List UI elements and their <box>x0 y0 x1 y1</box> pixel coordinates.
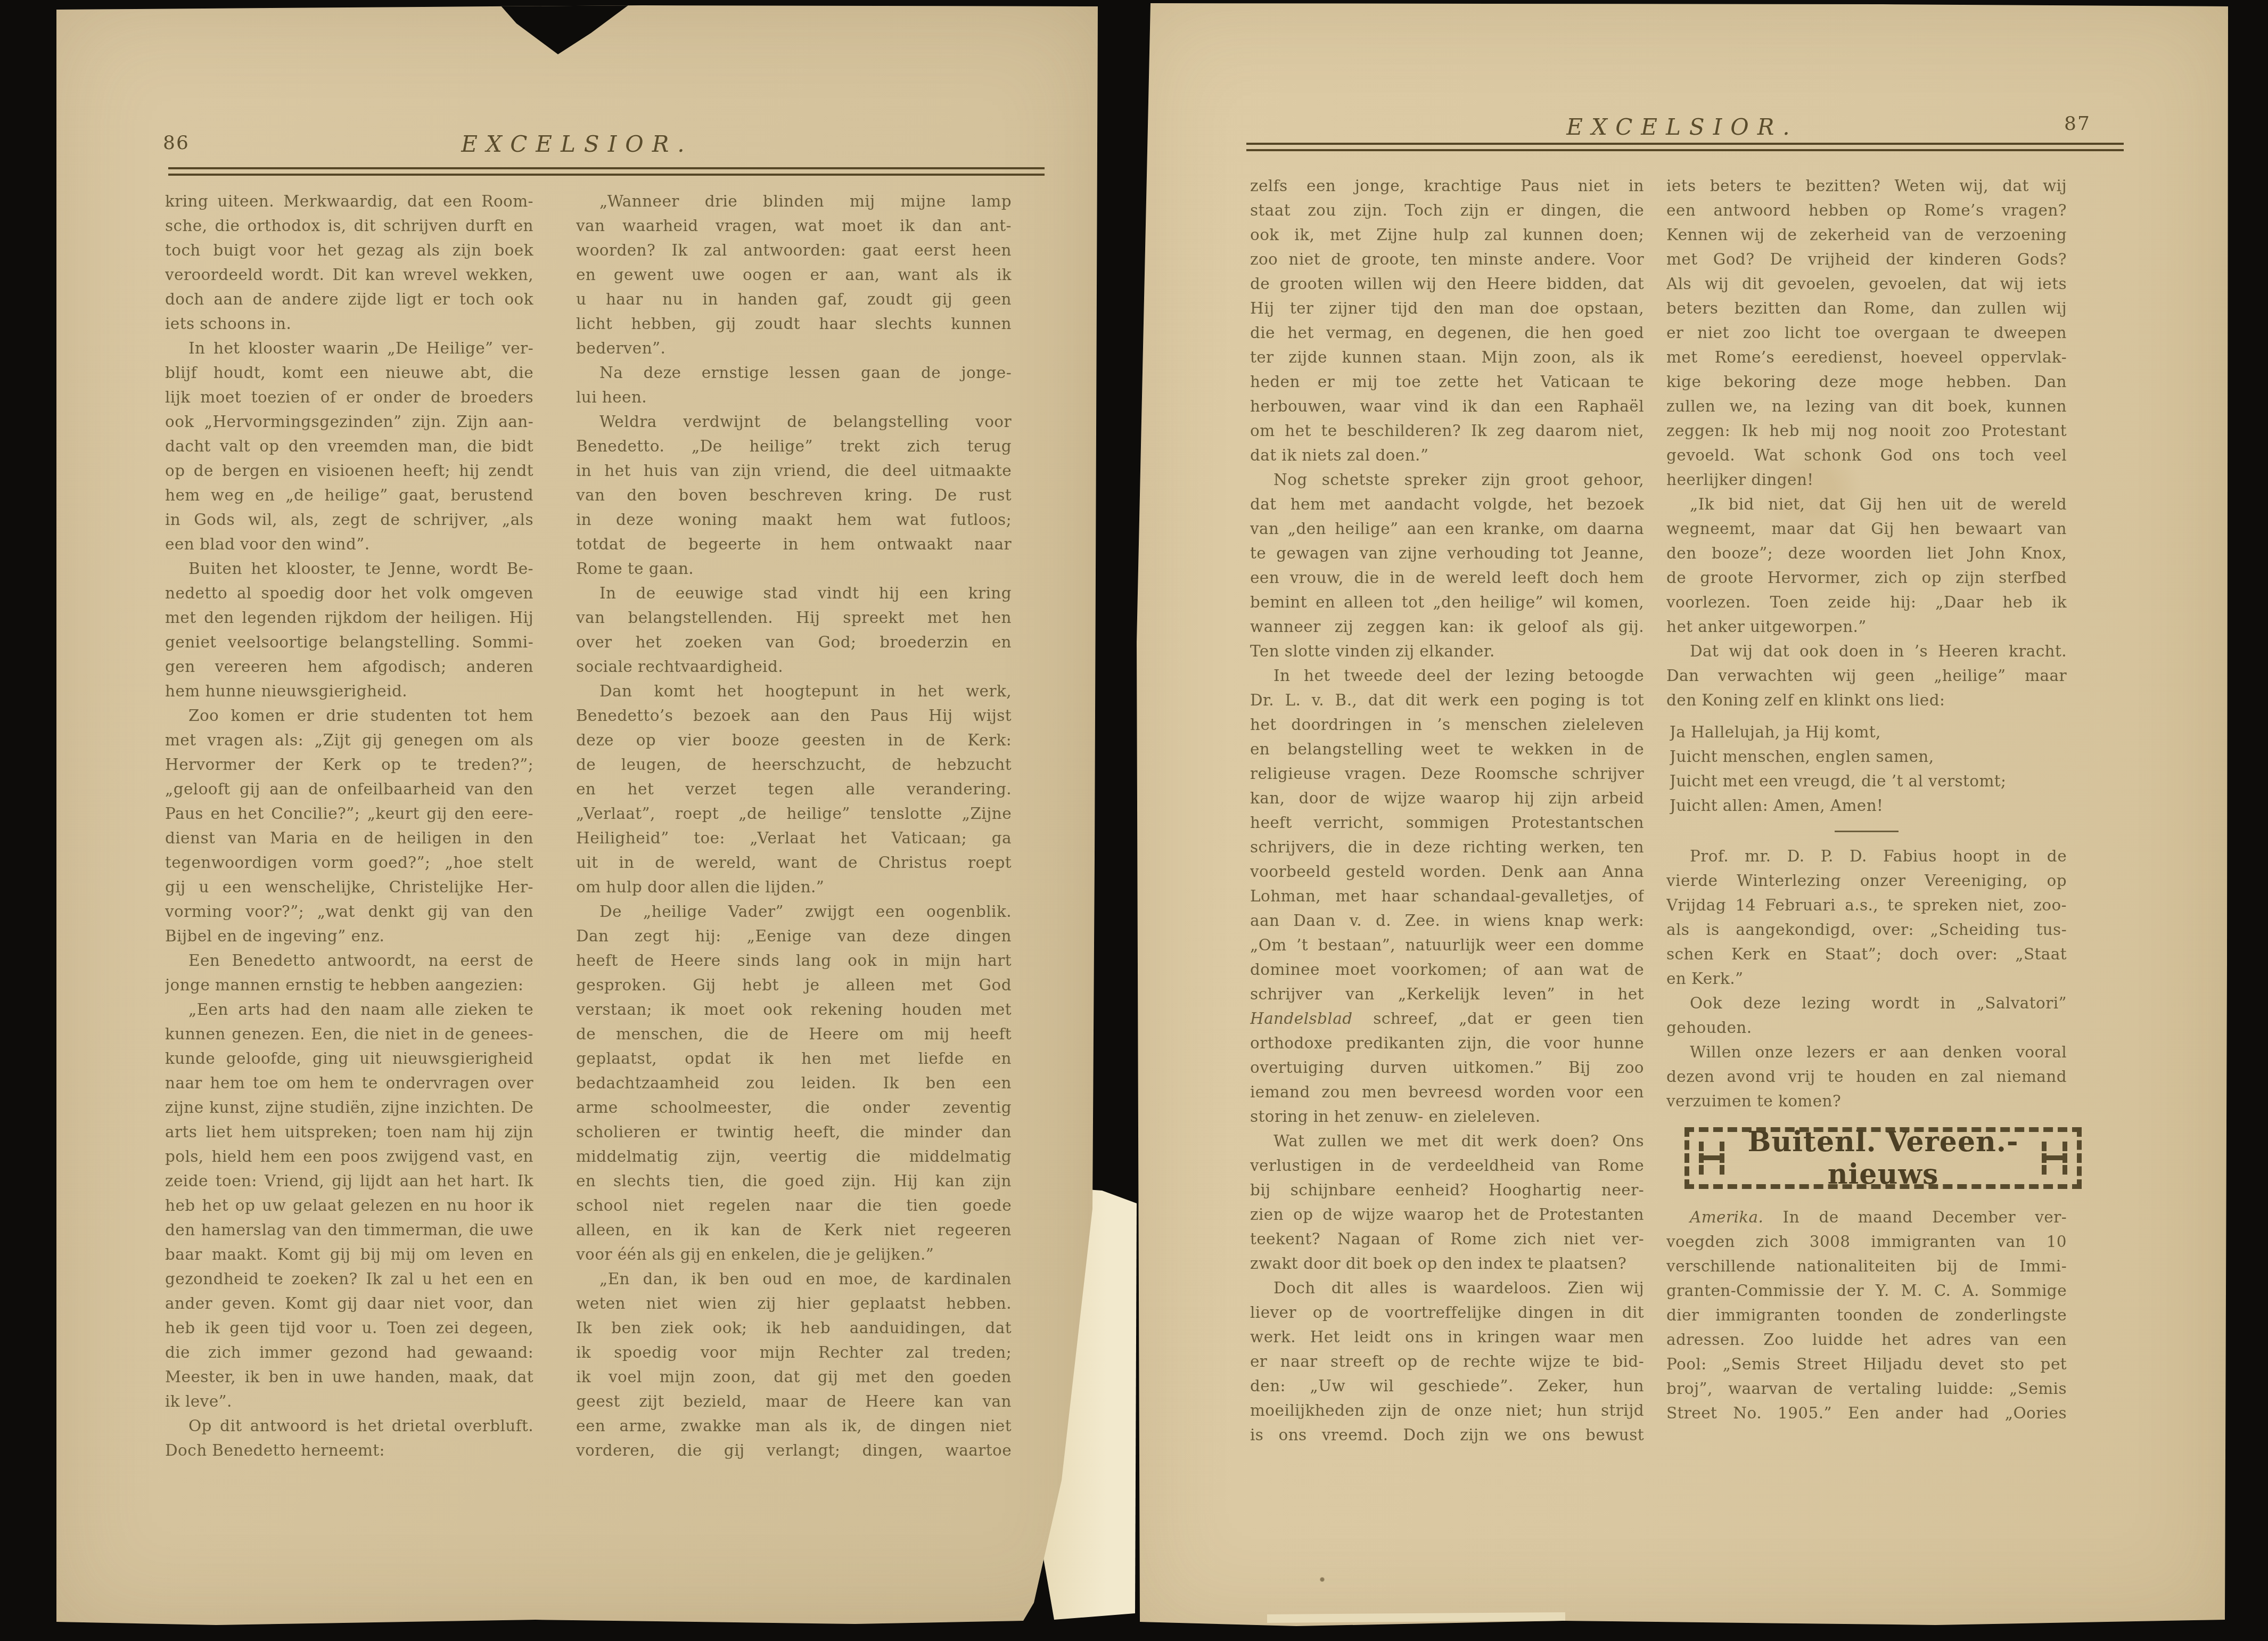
text-line: gij u een wenschelijke, Christelijke Her… <box>165 875 533 899</box>
text-line: gesproken. Gij hebt je alleen met God <box>576 973 1012 997</box>
text-line: Bijbel en de ingeving” enz. <box>165 924 533 948</box>
text-line: ik spoedig voor mijn Rechter zal treden; <box>576 1340 1012 1365</box>
text-line: om het te beschilderen? Ik zeg daarom ni… <box>1250 419 1644 443</box>
paragraph: In het tweede deel der lezing betoogdeDr… <box>1250 663 1644 1129</box>
text-line: geest zijt bezield, maar de Heere kan va… <box>576 1389 1012 1414</box>
journal-title-left: EXCELSIOR. <box>56 131 1098 157</box>
text-line: wanneer zij zeggen kan: ik geloof als gi… <box>1250 614 1644 639</box>
text-line: gehouden. <box>1666 1015 2067 1040</box>
text-line: schrijvers, die in deze richting werken,… <box>1250 835 1644 859</box>
text-line: bemint en alleen tot „den heilige” wil k… <box>1250 590 1644 614</box>
text-line: Hij ter zijner tijd den man doe opstaan, <box>1250 296 1644 321</box>
text-line: verlustigen in de verdeeldheid van Rome <box>1250 1153 1644 1178</box>
text-line: een blad voor den wind”. <box>165 532 533 556</box>
paragraph: Na deze ernstige lessen gaan de jonge-lu… <box>576 360 1012 409</box>
text-line: Heiligheid” toe: „Verlaat het Vaticaan; … <box>576 826 1012 850</box>
text-line: een vrouw, die in de wereld leeft doch h… <box>1250 565 1644 590</box>
text-line: tegenwoordigen vorm goed?”; „hoe stelt <box>165 850 533 875</box>
text-line: nedetto al spoedig door het volk omgeven <box>165 581 533 605</box>
text-line: hem hunne nieuwsgierigheid. <box>165 679 533 703</box>
text-line: Wat zullen we met dit werk doen? Ons <box>1250 1129 1644 1153</box>
text-line: het anker uitgeworpen.” <box>1666 614 2067 639</box>
text-line: met den legenden rijkdom der heiligen. H… <box>165 605 533 630</box>
text-line: pols, hield hem een poos zwijgend vast, … <box>165 1144 533 1169</box>
text-line: op de bergen en visioenen heeft; hij zen… <box>165 458 533 483</box>
page-right: EXCELSIOR. 87 zelfs een jonge, krachtige… <box>1137 3 2228 1628</box>
text-line: broj”, waarvan de vertaling luidde: „Sem… <box>1666 1376 2067 1401</box>
text-line: te gewagen van zijne verhouding tot Jean… <box>1250 541 1644 565</box>
text-line: arme schoolmeester, die onder zeventig <box>576 1095 1012 1120</box>
text-line: zoo niet de groote, ten minste andere. V… <box>1250 247 1644 272</box>
text-line: en belangstelling weet te wekken in de <box>1250 737 1644 761</box>
text-line: licht hebben, gij zoudt haar slechts kun… <box>576 311 1012 336</box>
text-line: er naar streeft op de rechte wijze te bi… <box>1250 1349 1644 1374</box>
paragraph: Dan komt het hoogtepunt in het werk,Bene… <box>576 679 1012 899</box>
text-line: Hervormer der Kerk op te treden?”; <box>165 752 533 777</box>
text-line: beters bezitten dan Rome, dan zullen wij <box>1666 296 2067 321</box>
text-line: u haar nu in handen gaf, zoudt gij geen <box>576 287 1012 311</box>
text-line: die het vermag, en degenen, die hen goed <box>1250 321 1644 345</box>
text-line: heeft verricht, sommigen Protestantschen <box>1250 810 1644 835</box>
text-line: kunde geloofde, ging uit nieuwsgierighei… <box>165 1046 533 1071</box>
paragraph: „Wanneer drie blinden mij mijne lampvan … <box>576 189 1012 360</box>
text-line: zien op de wijze waarop het de Protestan… <box>1250 1202 1644 1227</box>
text-line: blijf houdt, komt een nieuwe abt, die st… <box>165 360 533 385</box>
text-line: Nog schetste spreker zijn groot gehoor, <box>1250 467 1644 492</box>
text-line: „Ik bid niet, dat Gij hen uit de wereld <box>1666 492 2067 516</box>
text-line: den: „Uw wil geschiede”. Zeker, hun <box>1250 1374 1644 1398</box>
text-line: kunnen genezen. Een, die niet in de gene… <box>165 1022 533 1046</box>
text-line: gevoeld. Wat schonk God ons toch veel <box>1666 443 2067 467</box>
paragraph: kring uiteen. Merkwaardig, dat een Room-… <box>165 189 533 336</box>
page-tear-notch <box>500 5 628 54</box>
text-line: storing in het zenuw- en zieleleven. <box>1250 1104 1644 1129</box>
text-line: Juicht met een vreugd, die ’t al verstom… <box>1670 769 2067 793</box>
column-right-2: iets beters te bezitten? Weten wij, dat … <box>1666 174 2067 1425</box>
paragraph: Een Benedetto antwoordt, na eerst dejong… <box>165 948 533 997</box>
text-line: Doch Benedetto herneemt: <box>165 1438 533 1463</box>
text-line: geplaatst, opdat ik hen met liefde en <box>576 1046 1012 1071</box>
paragraph: „En dan, ik ben oud en moe, de kardinale… <box>576 1267 1012 1463</box>
text-line: in Gods wil, als, zegt de schrijver, „al… <box>165 507 533 532</box>
text-line: arts liet hem uitspreken; toen nam hij z… <box>165 1120 533 1144</box>
text-line: met Rome’s eeredienst, hoeveel oppervlak… <box>1666 345 2067 370</box>
text-line: heden er mij toe zette het Vaticaan te <box>1250 370 1644 394</box>
paragraph: zelfs een jonge, krachtige Paus niet ins… <box>1250 174 1644 467</box>
text-line: den hamerslag van den timmerman, die uwe <box>165 1218 533 1242</box>
text-line: „Verlaat”, roept „de heilige” tenslotte … <box>576 801 1012 826</box>
text-line: baar maakt. Komt gij bij mij om leven en <box>165 1242 533 1267</box>
text-line: dezen avond vrij te houden en zal nieman… <box>1666 1064 2067 1089</box>
text-line: voorlezen. Toen zeide hij: „Daar heb ik <box>1666 590 2067 614</box>
text-line: het doordringen in ’s menschen zieleleve… <box>1250 712 1644 737</box>
text-line: van „den heilige” aan een kranke, om daa… <box>1250 516 1644 541</box>
text-line: Ik ben ziek ook; ik heb aanduidingen, da… <box>576 1316 1012 1340</box>
text-line: Vrijdag 14 Februari a.s., te spreken nie… <box>1666 893 2067 917</box>
paragraph: Op dit antwoord is het drietal overbluft… <box>165 1414 533 1463</box>
paragraph: In het klooster waarin „De Heilige” ver-… <box>165 336 533 556</box>
text-line: de grooten willen wij den Heere bidden, … <box>1250 272 1644 296</box>
text-line: verschillende nationaliteiten bij de Imm… <box>1666 1254 2067 1278</box>
text-line: Dr. L. v. B., dat dit werk een poging is… <box>1250 688 1644 712</box>
text-line: moeilijkheden zijn de onze niet; hun str… <box>1250 1398 1644 1423</box>
text-line: dienst van Maria en de heiligen in den <box>165 826 533 850</box>
page-left: 86 EXCELSIOR. kring uiteen. Merkwaardig,… <box>56 5 1098 1627</box>
text-line: en gewent uwe oogen er aan, want als ik <box>576 262 1012 287</box>
text-line: Ja Hallelujah, ja Hij komt, <box>1670 720 2067 744</box>
text-line: In het klooster waarin „De Heilige” ver- <box>165 336 533 360</box>
text-line: Juicht allen: Amen, Amen! <box>1670 793 2067 818</box>
text-line: den booze”; deze woorden liet John Knox, <box>1666 541 2067 565</box>
text-line: lijk moet toezien of er onder de broeder… <box>165 385 533 409</box>
text-line: Dan verwachten wij geen „heilige” maar <box>1666 663 2067 688</box>
text-line: zelfs een jonge, krachtige Paus niet in <box>1250 174 1644 198</box>
text-line: iets schoons in. <box>165 311 533 336</box>
text-line: voegden zich 3008 immigranten van 10 <box>1666 1229 2067 1254</box>
text-line: bedachtzaamheid zou leiden. Ik ben een <box>576 1071 1012 1095</box>
paragraph: Weldra verdwijnt de belangstelling voorB… <box>576 409 1012 581</box>
text-line: om hulp door allen die lijden.” <box>576 875 1012 899</box>
text-line: uit in de wereld, want de Christus roept <box>576 850 1012 875</box>
text-line: Doch dit alles is waardeloos. Zien wij <box>1250 1276 1644 1300</box>
text-line: heb ik geen tijd voor u. Toen zei degeen… <box>165 1316 533 1340</box>
text-line: hem weg en „de heilige” gaat, berustend <box>165 483 533 507</box>
text-line: granten-Commissie der Y. M. C. A. Sommig… <box>1666 1278 2067 1303</box>
paragraph: Willen onze lezers er aan denken voorald… <box>1666 1040 2067 1113</box>
text-line: jonge mannen ernstig te hebben aangezien… <box>165 973 533 997</box>
text-line: Willen onze lezers er aan denken vooral <box>1666 1040 2067 1064</box>
text-line: alleen, en ik kan de Kerk niet regeeren <box>576 1218 1012 1242</box>
text-line: doch aan de andere zijde ligt er toch oo… <box>165 287 533 311</box>
text-line: ook „Hervormingsgezinden” zijn. Zijn aan… <box>165 409 533 434</box>
text-line: veroordeeld wordt. Dit kan wrevel wekken… <box>165 262 533 287</box>
text-line: iemand zou men bevreesd worden voor een <box>1250 1080 1644 1104</box>
text-line: kan, door de wijze waarop hij zijn arbei… <box>1250 786 1644 810</box>
text-line: van belangstellenden. Hij spreekt met he… <box>576 605 1012 630</box>
paragraph: Buiten het klooster, te Jenne, wordt Be-… <box>165 556 533 703</box>
text-line: Amerika. In de maand December ver- <box>1666 1205 2067 1229</box>
text-line: scholieren er twintig heeft, die minder … <box>576 1120 1012 1144</box>
paragraph: „Ik bid niet, dat Gij hen uit de wereldw… <box>1666 492 2067 639</box>
text-line: er niet zoo licht toe overgaan te dweepe… <box>1666 321 2067 345</box>
text-line: zeide toen: Vriend, gij lijdt aan het ha… <box>165 1169 533 1193</box>
text-line: kring uiteen. Merkwaardig, dat een Room- <box>165 189 533 214</box>
paragraph: Dat wij dat ook doen in ’s Heeren kracht… <box>1666 639 2067 712</box>
text-line: geniet veelsoortige belangstelling. Somm… <box>165 630 533 654</box>
text-line: bij schijnbare eenheid? Hooghartig neer- <box>1250 1178 1644 1202</box>
text-line: heb het op uw gelaat gelezen en nu hoor … <box>165 1193 533 1218</box>
text-line: en slechts tien, die goed zijn. Hij kan … <box>576 1169 1012 1193</box>
text-line: die zich immer gezond had gewaand: <box>165 1340 533 1365</box>
text-line: ook ik, met Zijne hulp zal kunnen doen; <box>1250 223 1644 247</box>
text-line: kige bekoring deze moge hebben. Dan <box>1666 370 2067 394</box>
text-line: Zoo komen er drie studenten tot hem <box>165 703 533 728</box>
dotted-h-ornament-right <box>2042 1142 2067 1175</box>
text-line: Dan komt het hoogtepunt in het werk, <box>576 679 1012 703</box>
text-line: heeft de Heere sinds lang ook in mijn ha… <box>576 948 1012 973</box>
text-line: met vragen als: „Zijt gij genegen om als <box>165 728 533 752</box>
text-line: gezondheid te zoeken? Ik zal u het een e… <box>165 1267 533 1291</box>
text-line: overtuiging durven uitkomen.” Bij zoo <box>1250 1055 1644 1080</box>
page-number-right: 87 <box>2064 113 2091 135</box>
text-line: Benedetto. „De heilige” trekt zich terug <box>576 434 1012 458</box>
text-line: deze op vier booze geesten in de Kerk: <box>576 728 1012 752</box>
dotted-h-ornament-left <box>1699 1142 1724 1175</box>
text-line: van waarheid vragen, wat moet ik dan ant… <box>576 214 1012 238</box>
column-right-1: zelfs een jonge, krachtige Paus niet ins… <box>1250 174 1644 1447</box>
paragraph: „Een arts had den naam alle zieken tekun… <box>165 997 533 1414</box>
text-line: weten niet wien zij hier geplaatst hebbe… <box>576 1291 1012 1316</box>
text-line: Juicht menschen, englen samen, <box>1670 744 2067 769</box>
text-line: zullen we, na lezing van dit boek, kunne… <box>1666 394 2067 419</box>
text-line: Street No. 1905.” Een ander had „Oories <box>1666 1401 2067 1425</box>
text-line: „Om ’t bestaan”, natuurlijk weer een dom… <box>1250 933 1644 957</box>
text-line: met God? De vrijheid der kinderen Gods? <box>1666 247 2067 272</box>
text-line: dier immigranten toonden de zonderlingst… <box>1666 1303 2067 1327</box>
text-line: een antwoord hebben op Rome’s vragen? <box>1666 198 2067 223</box>
text-line: Dan zegt hij: „Eenige van deze dingen <box>576 924 1012 948</box>
text-line: „Wanneer drie blinden mij mijne lamp <box>576 189 1012 214</box>
paragraph: Ook deze lezing wordt in „Salvatori”geho… <box>1666 991 2067 1040</box>
text-line: dat ik niets zal doen.” <box>1250 443 1644 467</box>
text-line: sociale rechtvaardigheid. <box>576 654 1012 679</box>
text-line: toch buigt voor het gezag als zijn boek <box>165 238 533 262</box>
text-line: orthodoxe predikanten zijn, die voor hun… <box>1250 1031 1644 1055</box>
text-line: Een Benedetto antwoordt, na eerst de <box>165 948 533 973</box>
text-line: religieuse vragen. Deze Roomsche schrijv… <box>1250 761 1644 786</box>
text-line: een arme, zwakke man als ik, de dingen n… <box>576 1414 1012 1438</box>
text-line: ik voel mijn zoon, dat gij met den goede… <box>576 1365 1012 1389</box>
news-section-box: Buitenl. Vereen.-nieuws <box>1684 1127 2082 1189</box>
text-line: Weldra verdwijnt de belangstelling voor <box>576 409 1012 434</box>
text-line: ter zijde kunnen staan. Mijn zoon, als i… <box>1250 345 1644 370</box>
text-line: totdat de begeerte in hem ontwaakt naar <box>576 532 1012 556</box>
text-line: schen Kerk en Staat”; doch over: „Staat <box>1666 942 2067 966</box>
text-line: en het verzet tegen alle verandering. <box>576 777 1012 801</box>
text-line: school niet regelen naar die tien goede <box>576 1193 1012 1218</box>
text-line: Kennen wij de zekerheid van de verzoenin… <box>1666 223 2067 247</box>
text-line: Prof. mr. D. P. D. Fabius hoopt in de <box>1666 844 2067 868</box>
text-line: voorbeeld gesteld worden. Denk aan Anna <box>1250 859 1644 884</box>
text-line: herbouwen, waar vind ik dan een Raphaël <box>1250 394 1644 419</box>
text-line: Benedetto’s bezoek aan den Paus Hij wijs… <box>576 703 1012 728</box>
header-rule-right <box>1246 143 2124 151</box>
text-line: „Een arts had den naam alle zieken te <box>165 997 533 1022</box>
paragraph: De „heilige Vader” zwijgt een oogenblik.… <box>576 899 1012 1267</box>
text-line: de menschen, die de Heere om mij heeft <box>576 1022 1012 1046</box>
text-line: de groote Hervormer, zich op zijn sterfb… <box>1666 565 2067 590</box>
text-line: Dat wij dat ook doen in ’s Heeren kracht… <box>1666 639 2067 663</box>
text-line: vorderen, die gij verlangt; dingen, waar… <box>576 1438 1012 1463</box>
text-line: liever op de voortreffelijke dingen in d… <box>1250 1300 1644 1325</box>
text-line: als is aangekondigd, over: „Scheiding tu… <box>1666 917 2067 942</box>
text-line: Op dit antwoord is het drietal overbluft… <box>165 1414 533 1438</box>
text-line: teekent? Nagaan of Rome zich niet ver- <box>1250 1227 1644 1251</box>
paragraph: Wat zullen we met dit werk doen? Onsverl… <box>1250 1129 1644 1276</box>
text-line: Als wij dit gevoelen, gevoelen, dat wij … <box>1666 272 2067 296</box>
text-line: zeggen: Ik heb mij nog nooit zoo Protest… <box>1666 419 2067 443</box>
text-line: naar hem toe om hem te ondervragen over <box>165 1071 533 1095</box>
text-line: Paus en het Concilie?”; „keurt gij den e… <box>165 801 533 826</box>
text-line: vierde Winterlezing onzer Vereeniging, o… <box>1666 868 2067 893</box>
text-line: ander geven. Komt gij daar niet voor, da… <box>165 1291 533 1316</box>
text-line: heerlijker dingen! <box>1666 467 2067 492</box>
text-line: bederven”. <box>576 336 1012 360</box>
paragraph: Prof. mr. D. P. D. Fabius hoopt in devie… <box>1666 844 2067 991</box>
text-line: In de eeuwige stad vindt hij een kring <box>576 581 1012 605</box>
text-line: van den boven beschreven kring. De rust <box>576 483 1012 507</box>
text-line: Ook deze lezing wordt in „Salvatori” <box>1666 991 2067 1015</box>
text-line: over het zoeken van God; broederzin en <box>576 630 1012 654</box>
text-line: staat zou zijn. Toch zijn er dingen, die <box>1250 198 1644 223</box>
text-line: dominee moet voorkomen; of aan wat de <box>1250 957 1644 982</box>
text-line: adressen. Zoo luidde het adres van een <box>1666 1327 2067 1352</box>
text-line: Rome te gaan. <box>576 556 1012 581</box>
text-line: iets beters te bezitten? Weten wij, dat … <box>1666 174 2067 198</box>
header-rule-left <box>168 167 1045 176</box>
paragraph: Nog schetste spreker zijn groot gehoor,d… <box>1250 467 1644 663</box>
text-line: ik leve”. <box>165 1389 533 1414</box>
text-line: voor één als gij en enkelen, die je geli… <box>576 1242 1012 1267</box>
paragraph: Zoo komen er drie studenten tot hemmet v… <box>165 703 533 948</box>
text-line: „En dan, ik ben oud en moe, de kardinale… <box>576 1267 1012 1291</box>
section-divider <box>1835 831 1899 832</box>
text-line: den Koning zelf en klinkt ons lied: <box>1666 688 2067 712</box>
text-line: sche, die orthodox is, dit schrijven dur… <box>165 214 533 238</box>
text-line: gen vereeren hem afgodisch; anderen wijd… <box>165 654 533 679</box>
text-line: wegneemt, maar dat Gij hen bewaart van <box>1666 516 2067 541</box>
paragraph: iets beters te bezitten? Weten wij, dat … <box>1666 174 2067 492</box>
text-line: werk. Het leidt ons in kringen waar men <box>1250 1325 1644 1349</box>
text-line: middelmatig zijn, veertig die middelmati… <box>576 1144 1012 1169</box>
text-line: is ons vreemd. Doch zijn we ons bewust <box>1250 1423 1644 1447</box>
text-line: Meester, ik ben in uwe handen, maak, dat <box>165 1365 533 1389</box>
text-line: dacht valt op den vreemden man, die bidt <box>165 434 533 458</box>
text-line: verzuimen te komen? <box>1666 1089 2067 1113</box>
text-line: Pool: „Semis Street Hiljadu devet sto pe… <box>1666 1352 2067 1376</box>
text-line: „gelooft gij aan de onfeilbaarheid van d… <box>165 777 533 801</box>
text-line: verstaan; ik moet ook rekening houden me… <box>576 997 1012 1022</box>
news-section-title: Buitenl. Vereen.-nieuws <box>1724 1126 2042 1191</box>
text-line: de leugen, de heerschzucht, de hebzucht <box>576 752 1012 777</box>
text-line: lui heen. <box>576 385 1012 409</box>
text-line: Ten slotte vinden zij elkander. <box>1250 639 1644 663</box>
text-line: De „heilige Vader” zwijgt een oogenblik. <box>576 899 1012 924</box>
text-line: schrijver van „Kerkelijk leven” in het <box>1250 982 1644 1006</box>
column-left-1: kring uiteen. Merkwaardig, dat een Room-… <box>165 189 533 1463</box>
text-line: dat hem met aandacht volgde, het bezoek <box>1250 492 1644 516</box>
text-line: vorming voor?”; „wat denkt gij van den <box>165 899 533 924</box>
column-left-2: „Wanneer drie blinden mij mijne lampvan … <box>576 189 1012 1463</box>
text-line: Na deze ernstige lessen gaan de jonge- <box>576 360 1012 385</box>
paragraph: Doch dit alles is waardeloos. Zien wijli… <box>1250 1276 1644 1447</box>
paragraph: In de eeuwige stad vindt hij een kringva… <box>576 581 1012 679</box>
text-line: in het huis van zijn vriend, die deel ui… <box>576 458 1012 483</box>
text-line: zijne kunst, zijne studiën, zijne inzich… <box>165 1095 533 1120</box>
text-line: aan Daan v. d. Zee. in wiens knap werk: <box>1250 908 1644 933</box>
text-line: en Kerk.” <box>1666 966 2067 991</box>
text-line: Lohman, met haar schandaal-gevalletjes, … <box>1250 884 1644 908</box>
text-line: woorden? Ik zal antwoorden: gaat eerst h… <box>576 238 1012 262</box>
text-line: Buiten het klooster, te Jenne, wordt Be- <box>165 556 533 581</box>
paragraph: Amerika. In de maand December ver-voegde… <box>1666 1205 2067 1425</box>
text-line: in deze woning maakt hem wat futloos; <box>576 507 1012 532</box>
text-line: Handelsblad schreef, „dat er geen tien <box>1250 1006 1644 1031</box>
verse-block: Ja Hallelujah, ja Hij komt,Juicht mensch… <box>1670 720 2067 818</box>
scan-background: 86 EXCELSIOR. kring uiteen. Merkwaardig,… <box>0 0 2268 1641</box>
text-line: zwakt door dit boek op den index te plaa… <box>1250 1251 1644 1276</box>
text-line: In het tweede deel der lezing betoogde <box>1250 663 1644 688</box>
